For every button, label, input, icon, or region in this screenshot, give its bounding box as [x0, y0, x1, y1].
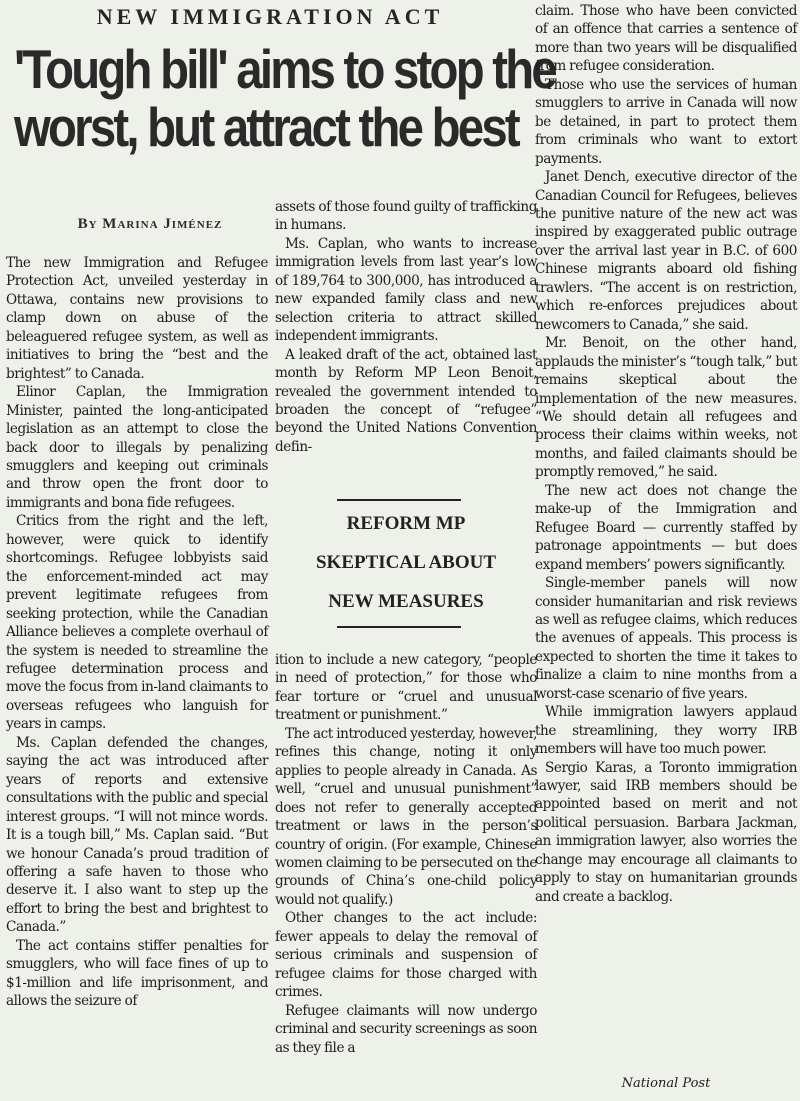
- paragraph: claim. Those who have been convicted of …: [535, 2, 797, 76]
- paragraph: Ms. Caplan, who wants to increase immigr…: [275, 235, 537, 346]
- column-3: claim. Those who have been convicted of …: [535, 2, 797, 906]
- paragraph: A leaked draft of the act, obtained last…: [275, 346, 537, 457]
- paragraph: Critics from the right and the left, how…: [6, 512, 268, 733]
- paragraph: Sergio Karas, a Toronto immigration lawy…: [535, 759, 797, 907]
- paragraph: assets of those found guilty of traffick…: [275, 198, 537, 235]
- paragraph: Janet Dench, executive director of the C…: [535, 168, 797, 334]
- paragraph: Single-member panels will now consider h…: [535, 574, 797, 703]
- byline: By Marina Jiménez: [40, 216, 260, 233]
- paragraph: Ms. Caplan defended the changes, saying …: [6, 734, 268, 937]
- column-2-bottom: ition to include a new category, “people…: [275, 651, 537, 1057]
- paragraph: The new act does not change the make-up …: [535, 482, 797, 574]
- headline-line-1: 'Tough bill' aims to stop the: [14, 40, 461, 98]
- subhead-line-1: REFORM MP: [275, 513, 537, 535]
- subhead-rule-bottom: [337, 626, 461, 628]
- subhead-rule-top: [337, 499, 461, 501]
- paragraph: While immigration lawyers applaud the st…: [535, 703, 797, 758]
- paragraph: Elinor Caplan, the Immigration Minister,…: [6, 383, 268, 512]
- kicker: NEW IMMIGRATION ACT: [0, 4, 540, 30]
- paragraph: Refugee claimants will now undergo crimi…: [275, 1002, 537, 1057]
- paragraph: The new Immigration and Refugee Protecti…: [6, 254, 268, 383]
- paragraph: The act contains stiffer penalties for s…: [6, 937, 268, 1011]
- headline-line-2: worst, but attract the best: [14, 98, 461, 156]
- column-1: The new Immigration and Refugee Protecti…: [6, 254, 268, 1011]
- subhead-line-2: SKEPTICAL ABOUT: [275, 552, 537, 574]
- subhead-line-3: NEW MEASURES: [275, 591, 537, 613]
- paragraph: ition to include a new category, “people…: [275, 651, 537, 725]
- paragraph: The act introduced yesterday, however, r…: [275, 725, 537, 910]
- paragraph: Other changes to the act include: fewer …: [275, 909, 537, 1001]
- headline: 'Tough bill' aims to stop the worst, but…: [14, 40, 461, 156]
- column-2-top: assets of those found guilty of traffick…: [275, 198, 537, 456]
- paragraph: Those who use the services of human smug…: [535, 76, 797, 168]
- source-credit: National Post: [535, 1076, 797, 1091]
- paragraph: Mr. Benoit, on the other hand, applauds …: [535, 334, 797, 482]
